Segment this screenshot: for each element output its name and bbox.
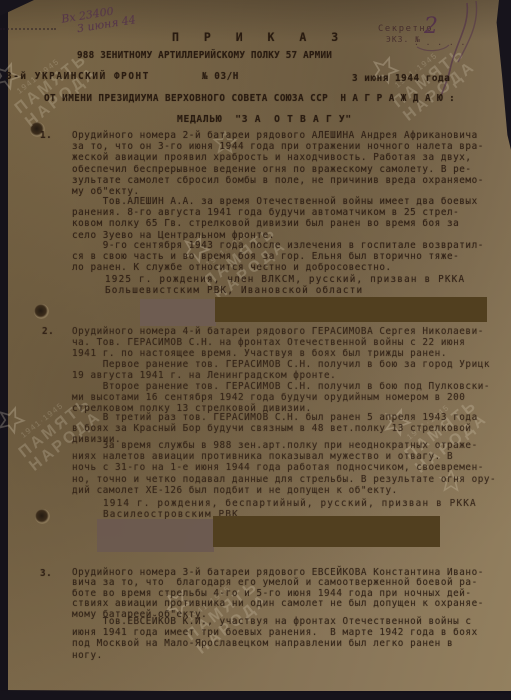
item-paragraph: Первое ранение тов. ГЕРАСИМОВ С.Н. получ… (72, 359, 508, 381)
redaction-box (97, 519, 214, 552)
scan-edge-bottom (0, 690, 511, 700)
scanned-document-page: 1941·1945 ПАМЯТЬ НАРОДА 1941·1945 ПАМЯТЬ… (0, 0, 511, 700)
birth-info: 1925 г. рождения, член ВЛКСМ, русский, п… (105, 274, 511, 296)
item-number: 2. (42, 326, 54, 337)
item-paragraph: Тов.ЕВСЕЙКОВ К.И., участвуя на фронтах О… (72, 616, 508, 661)
decree-line: ОТ ИМЕНИ ПРЕЗИДИУМА ВЕРХОВНОГО СОВЕТА СО… (44, 93, 455, 104)
handwritten-copy-number: 2 (424, 14, 438, 39)
item-paragraph: Тов.АЛЕШИН А.А. за время Отечественной в… (72, 196, 508, 241)
item-paragraph: 9-го сентября 1943 года после излечения … (72, 240, 508, 274)
redaction-box (213, 516, 440, 547)
item-paragraph: За время службы в 988 зен.арт.полку при … (72, 440, 508, 496)
item-paragraph: Орудийного номера 2-й батареи рядового А… (72, 130, 508, 197)
redaction-box (215, 297, 487, 322)
order-unit-line: 988 ЗЕНИТНОМУ АРТИЛЛЕРИЙСКОМУ ПОЛКУ 57 А… (77, 50, 332, 61)
item-number: 1. (40, 130, 52, 141)
order-number: № 03/Н (202, 71, 239, 82)
order-date: 3 июня 1944 года (352, 73, 450, 84)
item-paragraph: Орудийного номера 4-й батареи рядового Г… (72, 326, 508, 360)
item-paragraph: Орудийного номера 3-й батареи рядового Е… (72, 568, 508, 620)
front-name: 3-й УКРАИНСКИЙ ФРОНТ (6, 71, 150, 82)
copy-dots: . . . . . (414, 38, 466, 47)
award-line: МЕДАЛЬЮ "З А О Т В А Г У" (177, 114, 352, 125)
redaction-box (140, 299, 216, 326)
item-number: 3. (40, 568, 52, 579)
hole-punch (35, 509, 50, 524)
dotted-mark (0, 28, 56, 30)
order-title: П Р И К А З (172, 32, 347, 43)
item-paragraph: Второе ранение тов. ГЕРАСИМОВ С.Н. получ… (72, 381, 508, 415)
scan-edge-left (0, 0, 8, 700)
hole-punch (34, 304, 49, 319)
